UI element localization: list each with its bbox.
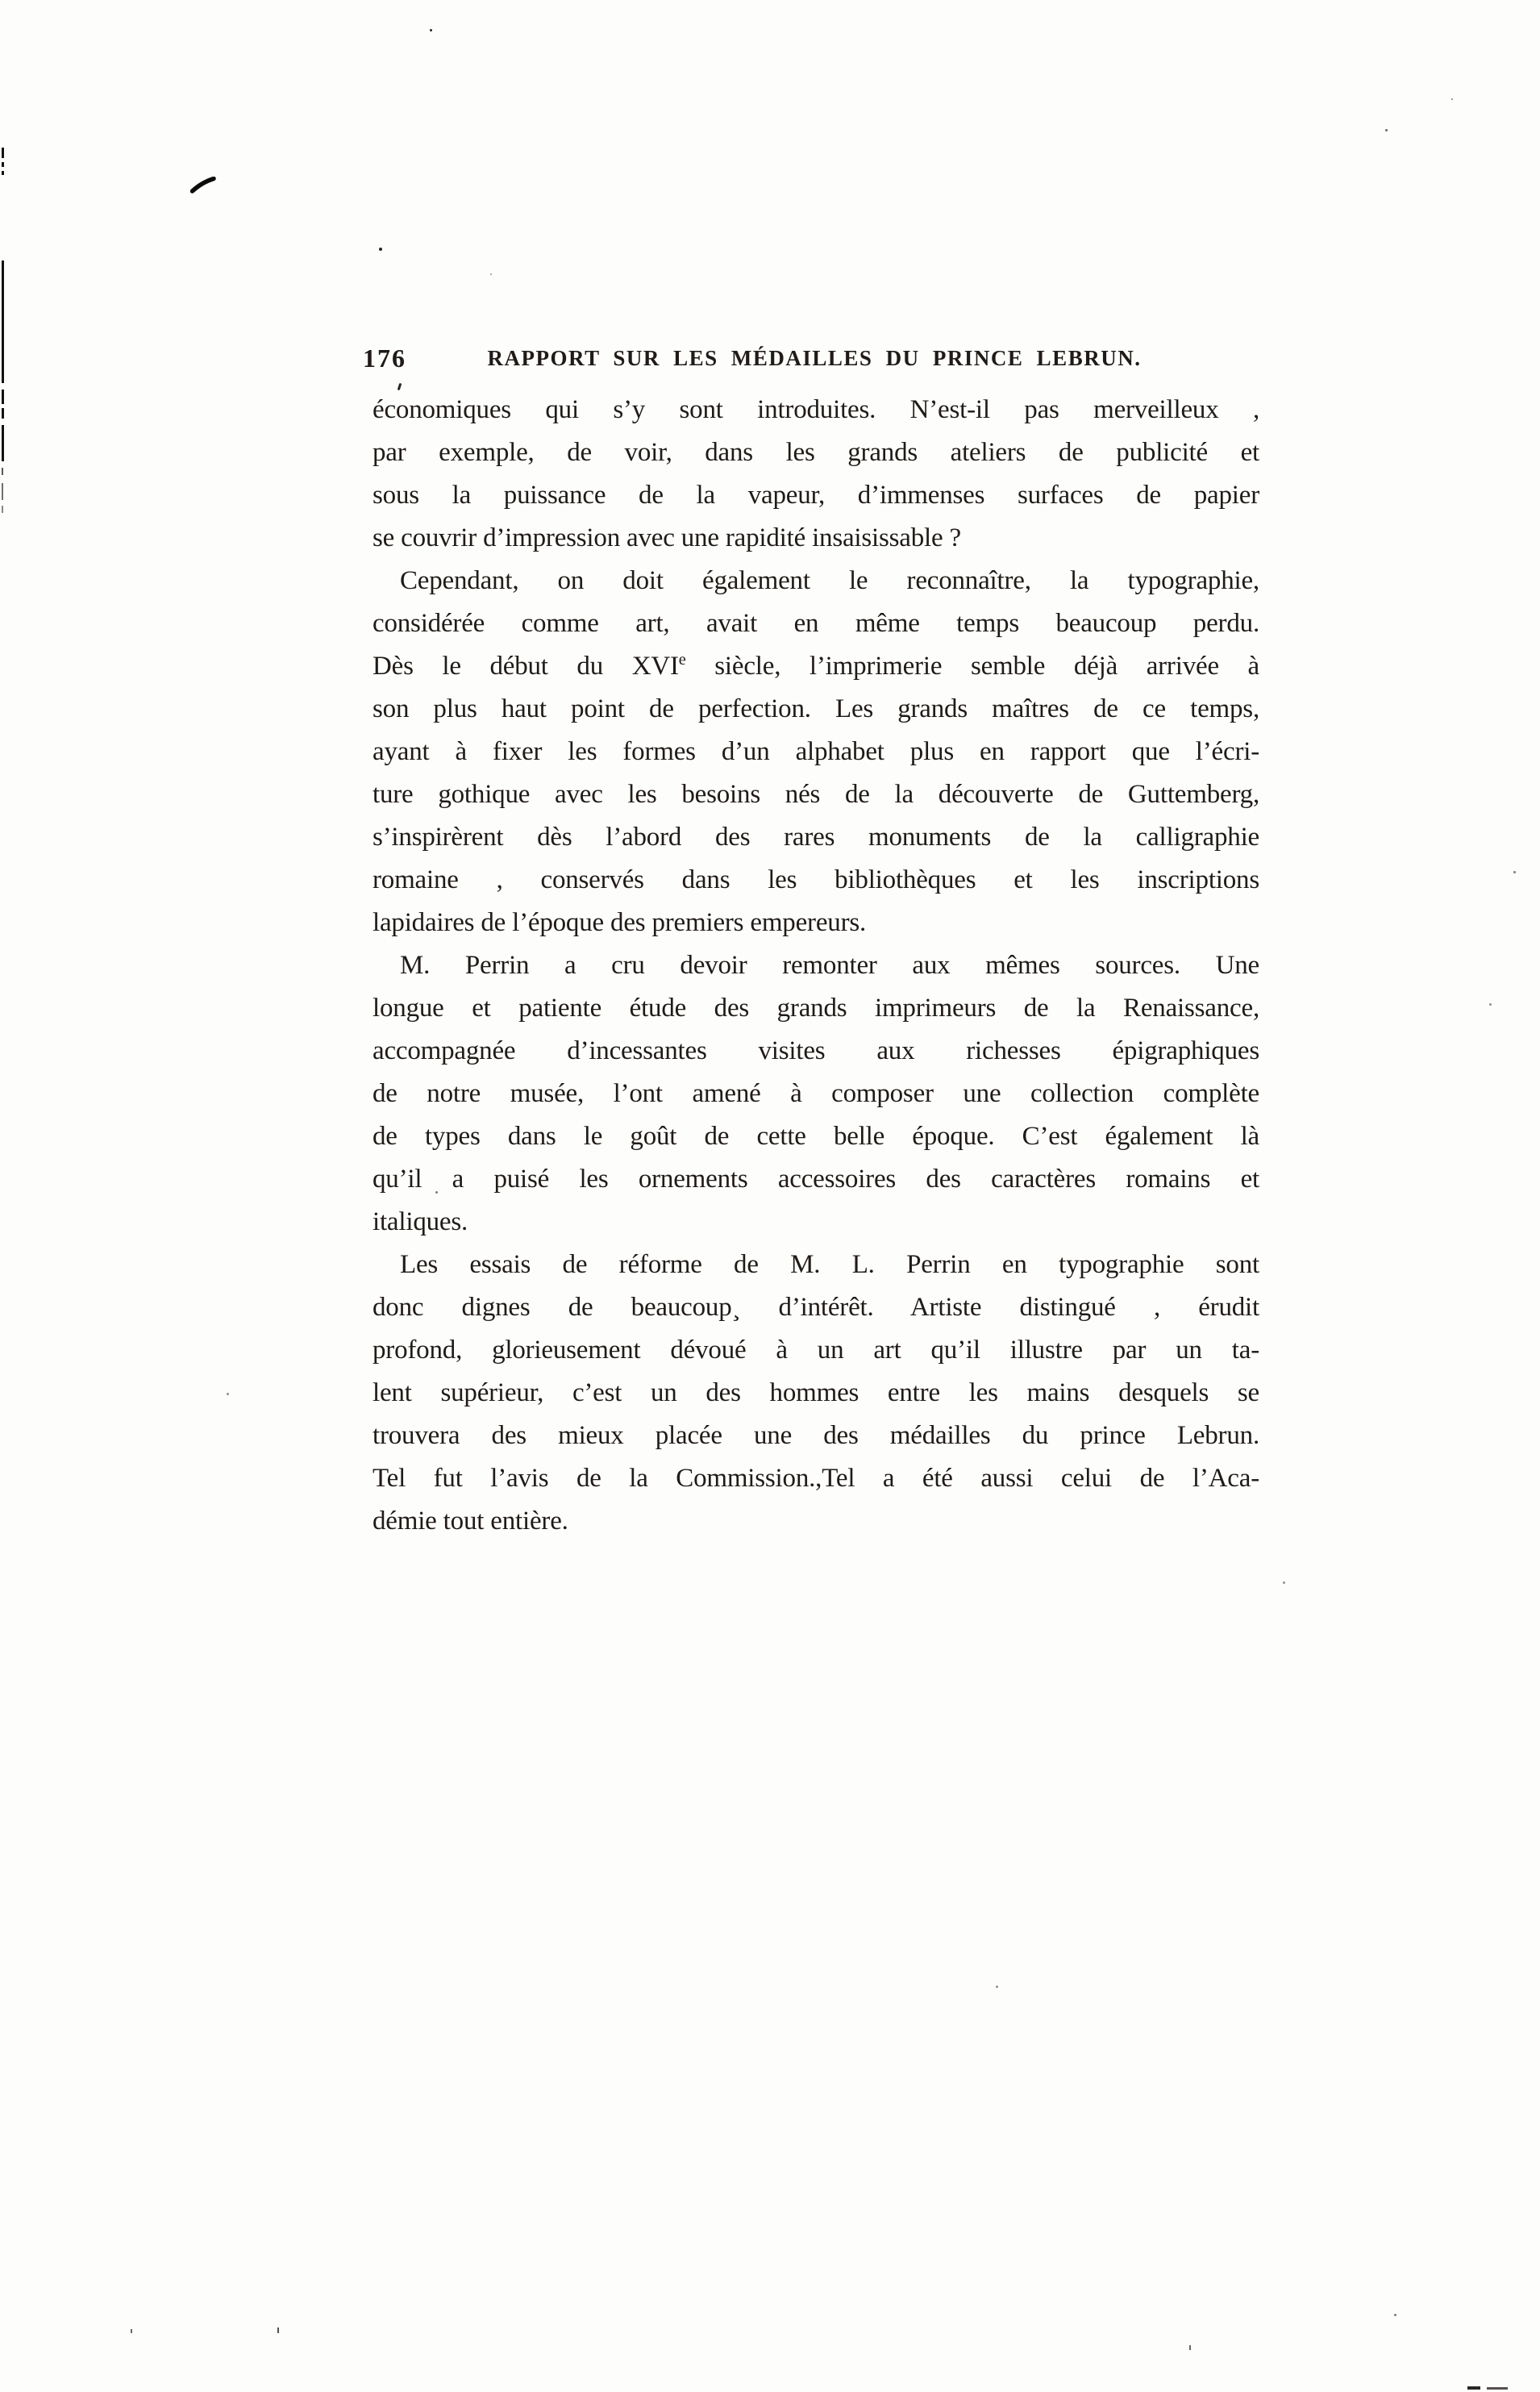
text-line: trouvera des mieux placée une des médail… [373, 1415, 1259, 1457]
text-line: ture gothique avec les besoins nés de la… [373, 773, 1259, 816]
text-line: son plus haut point de perfection. Les g… [373, 688, 1259, 731]
text-block: économiques qui s’y sont introduites. N’… [373, 389, 1259, 1543]
text-line: romaine , conservés dans les bibliothèqu… [373, 859, 1259, 902]
text-line: Dès le début du XVIe siècle, l’imprimeri… [373, 645, 1259, 688]
text-line: sous la puissance de la vapeur, d’immens… [373, 474, 1259, 517]
text-line: Cependant, on doit également le reconnaî… [373, 560, 1259, 602]
text-line: s’inspirèrent dès l’abord des rares monu… [373, 816, 1259, 859]
text-line: considérée comme art, avait en même temp… [373, 602, 1259, 645]
text-line: Les essais de réforme de M. L. Perrin en… [373, 1244, 1259, 1286]
text-line: longue et patiente étude des grands impr… [373, 987, 1259, 1030]
text-line: de notre musée, l’ont amené à composer u… [373, 1073, 1259, 1115]
page-number: 176 [363, 344, 406, 373]
text-line: se couvrir d’impression avec une rapidit… [373, 517, 1259, 560]
text-line: démie tout entière. [373, 1500, 1259, 1543]
text-line: profond, glorieusement dévoué à un art q… [373, 1329, 1259, 1372]
running-title: RAPPORT SUR LES MÉDAILLES DU PRINCE LEBR… [369, 344, 1259, 371]
page-header: 176 RAPPORT SUR LES MÉDAILLES DU PRINCE … [369, 344, 1259, 376]
text-line: par exemple, de voir, dans les grands at… [373, 431, 1259, 474]
text-line: italiques. [373, 1201, 1259, 1244]
text-line: lapidaires de l’époque des premiers empe… [373, 902, 1259, 944]
scanned-page: 176 RAPPORT SUR LES MÉDAILLES DU PRINCE … [0, 0, 1540, 2392]
text-line: M. Perrin a cru devoir remonter aux même… [373, 944, 1259, 987]
text-line: économiques qui s’y sont introduites. N’… [373, 389, 1259, 431]
text-line: Tel fut l’avis de la Commission.,Tel a é… [373, 1457, 1259, 1500]
text-line: qu’il a puisé les ornements accessoires … [373, 1158, 1259, 1201]
pen-stroke-mark [190, 177, 216, 194]
text-line: lent supérieur, c’est un des hommes entr… [373, 1372, 1259, 1415]
text-line: donc dignes de beaucoup¸ d’intérêt. Arti… [373, 1286, 1259, 1329]
text-line: accompagnée d’incessantes visites aux ri… [373, 1030, 1259, 1073]
text-line: de types dans le goût de cette belle épo… [373, 1115, 1259, 1158]
text-line: ayant à fixer les formes d’un alphabet p… [373, 731, 1259, 773]
